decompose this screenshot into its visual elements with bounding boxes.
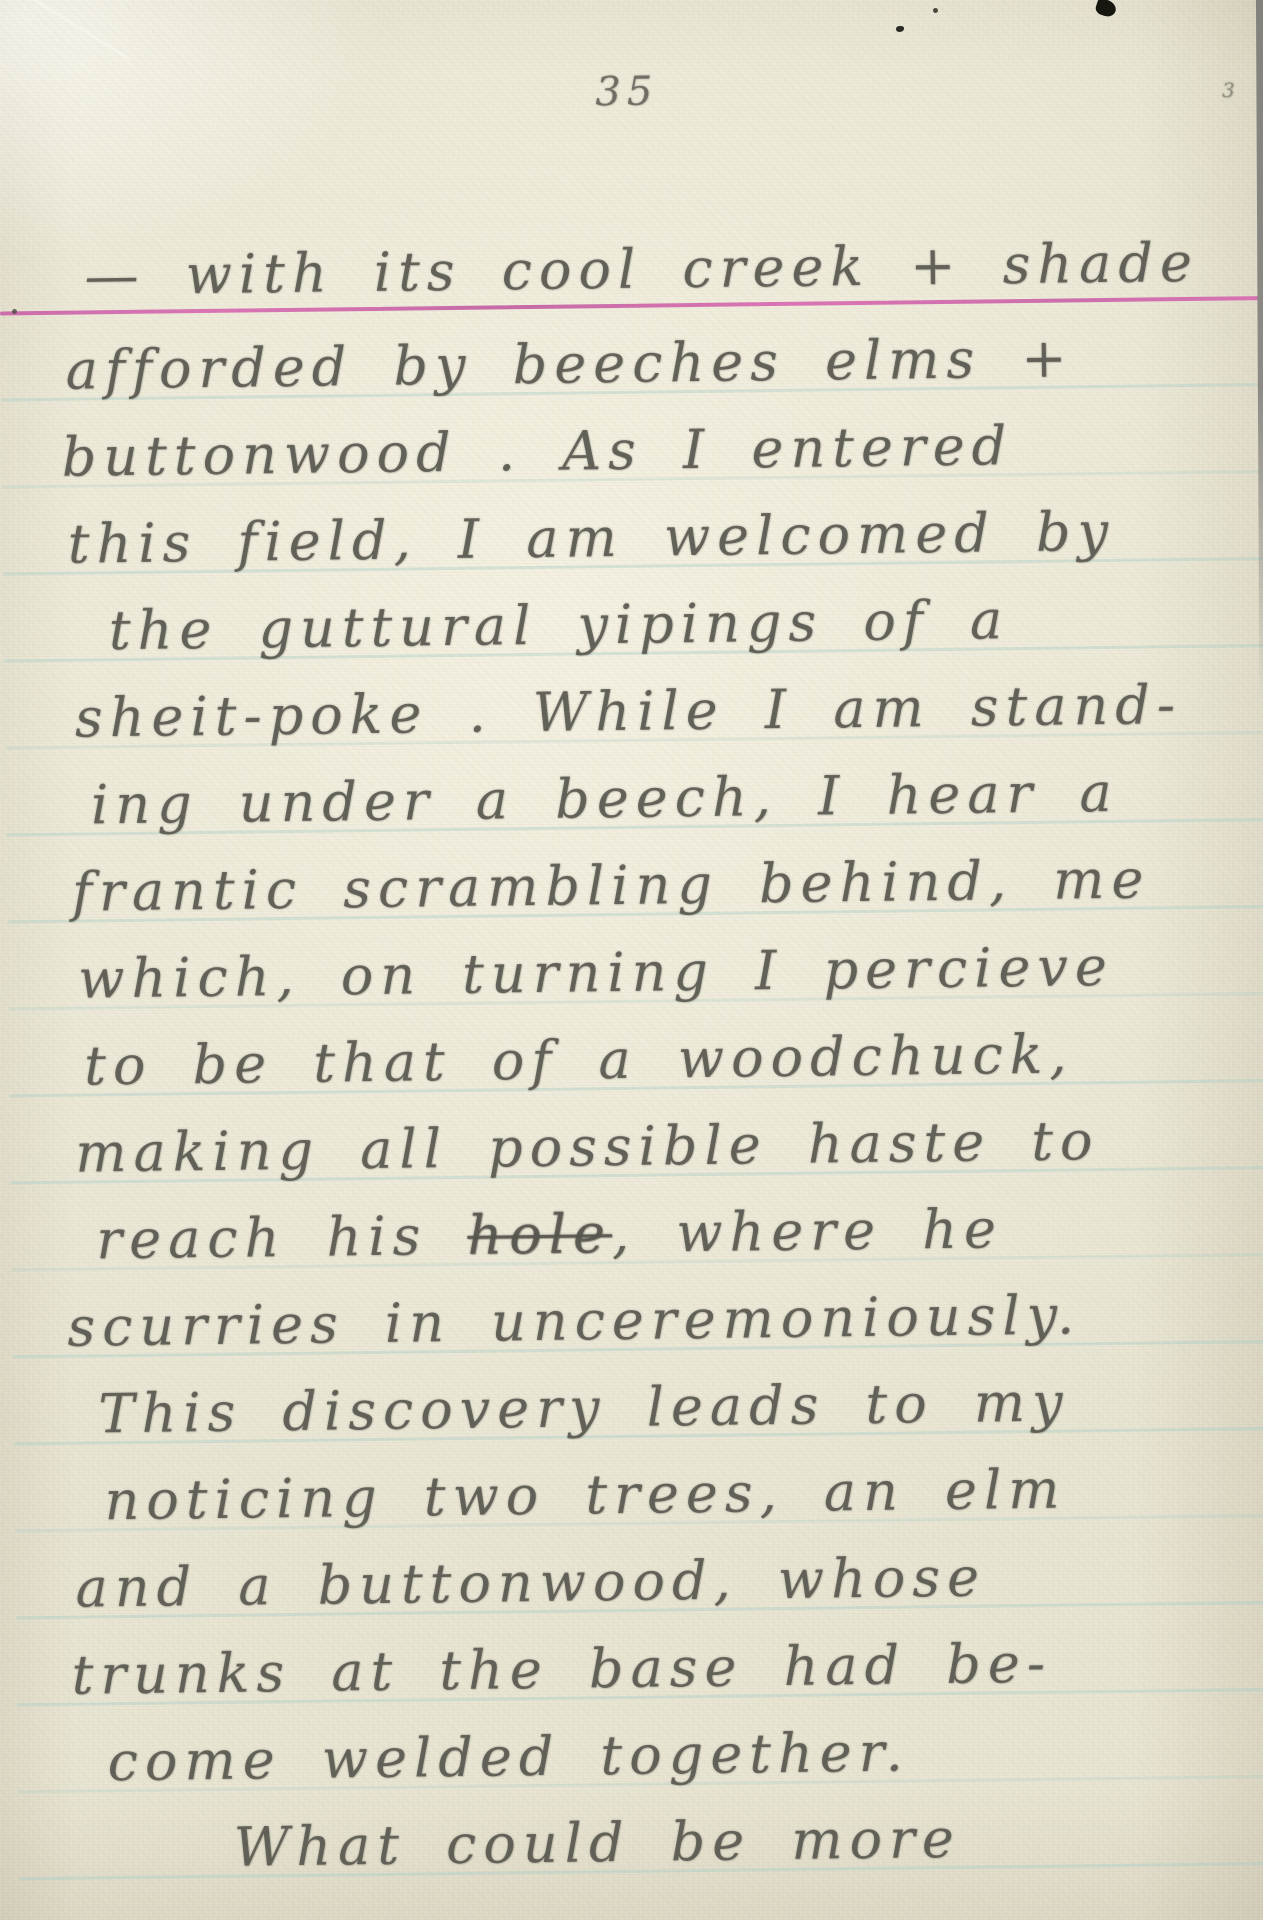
handwriting-line: trunks at the base had be- <box>71 1629 1052 1711</box>
handwriting-line: and a buttonwood, whose <box>75 1543 986 1624</box>
handwriting-line: noticing two trees, an elm <box>104 1455 1067 1537</box>
line-text-pre: reach his <box>96 1204 468 1272</box>
handwriting-line: buttonwood . As I entered <box>61 411 1013 493</box>
ruled-lines <box>0 0 1259 1</box>
handwriting-line: scurries in unceremoniously. <box>67 1280 1082 1362</box>
handwriting-line: What could be more <box>233 1804 961 1883</box>
ink-speck <box>933 8 938 13</box>
handwriting-line: the guttural yipings of a <box>108 585 1009 666</box>
pencil-dot <box>12 309 17 314</box>
handwriting-line: afforded by beeches elms + <box>65 323 1074 405</box>
handwriting-line: this field, I am welcomed by <box>67 497 1115 580</box>
handwriting-line: to be that of a woodchuck, <box>84 1019 1074 1101</box>
handwriting-line: come welded together. <box>107 1717 910 1797</box>
page-number: 35 <box>595 68 658 115</box>
handwriting-line: which, on turning I percieve <box>78 932 1114 1015</box>
handwriting-line: making all possible haste to <box>75 1106 1100 1189</box>
stray-pencil-mark: 3 <box>1222 78 1235 102</box>
handwriting-line: — with its cool creek + shade <box>84 228 1199 312</box>
handwriting-line-with-correction: reach his hole, where he <box>96 1194 1003 1275</box>
journal-page-scan: 35 — with its cool creek + shade afforde… <box>0 0 1263 1920</box>
struck-out-word: hole <box>467 1202 612 1267</box>
handwriting-line: frantic scrambling behind, me <box>72 844 1151 927</box>
handwriting-line: sheit-poke . While I am stand- <box>75 670 1183 754</box>
ruled-content-layer: 35 — with its cool creek + shade afforde… <box>0 0 1263 1920</box>
handwriting-line: ing under a beech, I hear a <box>91 758 1119 841</box>
line-text-post: , where he <box>612 1197 1004 1265</box>
handwriting-line: This discovery leads to my <box>98 1368 1070 1450</box>
